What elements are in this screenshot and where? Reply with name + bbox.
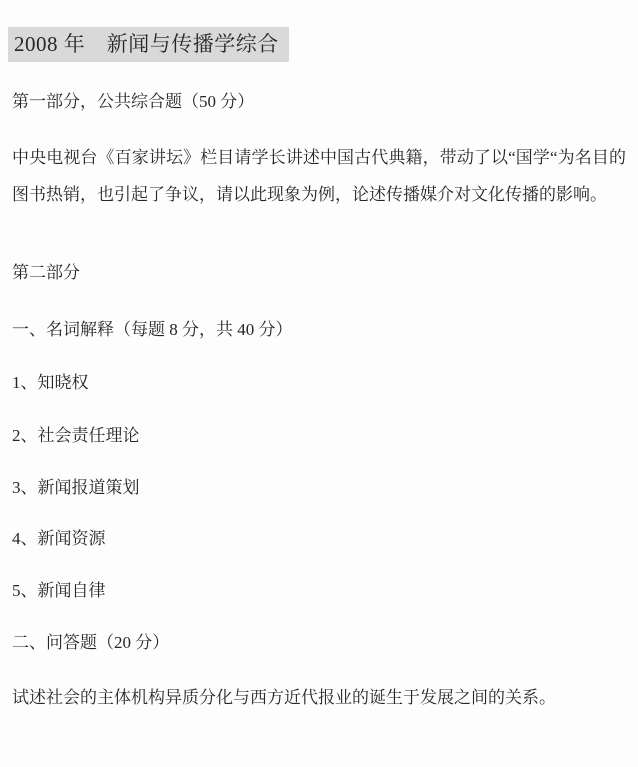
short-answer-question: 试述社会的主体机构异质分化与西方近代报业的诞生于发展之间的关系。: [12, 686, 556, 710]
noun-definitions-section-heading: 一、名词解释（每题 8 分，共 40 分）: [12, 318, 293, 342]
definition-item-2: 2、社会责任理论: [12, 424, 140, 448]
definition-item-1: 1、知晓权: [12, 371, 89, 395]
exam-title: 2008 年 新闻与传播学综合: [8, 27, 289, 62]
definition-item-4: 4、新闻资源: [12, 527, 106, 551]
exam-document-page: 2008 年 新闻与传播学综合 第一部分，公共综合题（50 分） 中央电视台《百…: [0, 0, 638, 767]
part2-heading: 第二部分: [12, 261, 80, 285]
part1-essay-question: 中央电视台《百家讲坛》栏目请学长讲述中国古代典籍，带动了以“国学“为名目的图书热…: [12, 139, 626, 213]
short-answer-section-heading: 二、问答题（20 分）: [12, 631, 169, 655]
definition-item-3: 3、新闻报道策划: [12, 476, 140, 500]
definition-item-5: 5、新闻自律: [12, 579, 106, 603]
part1-heading: 第一部分，公共综合题（50 分）: [12, 90, 254, 114]
